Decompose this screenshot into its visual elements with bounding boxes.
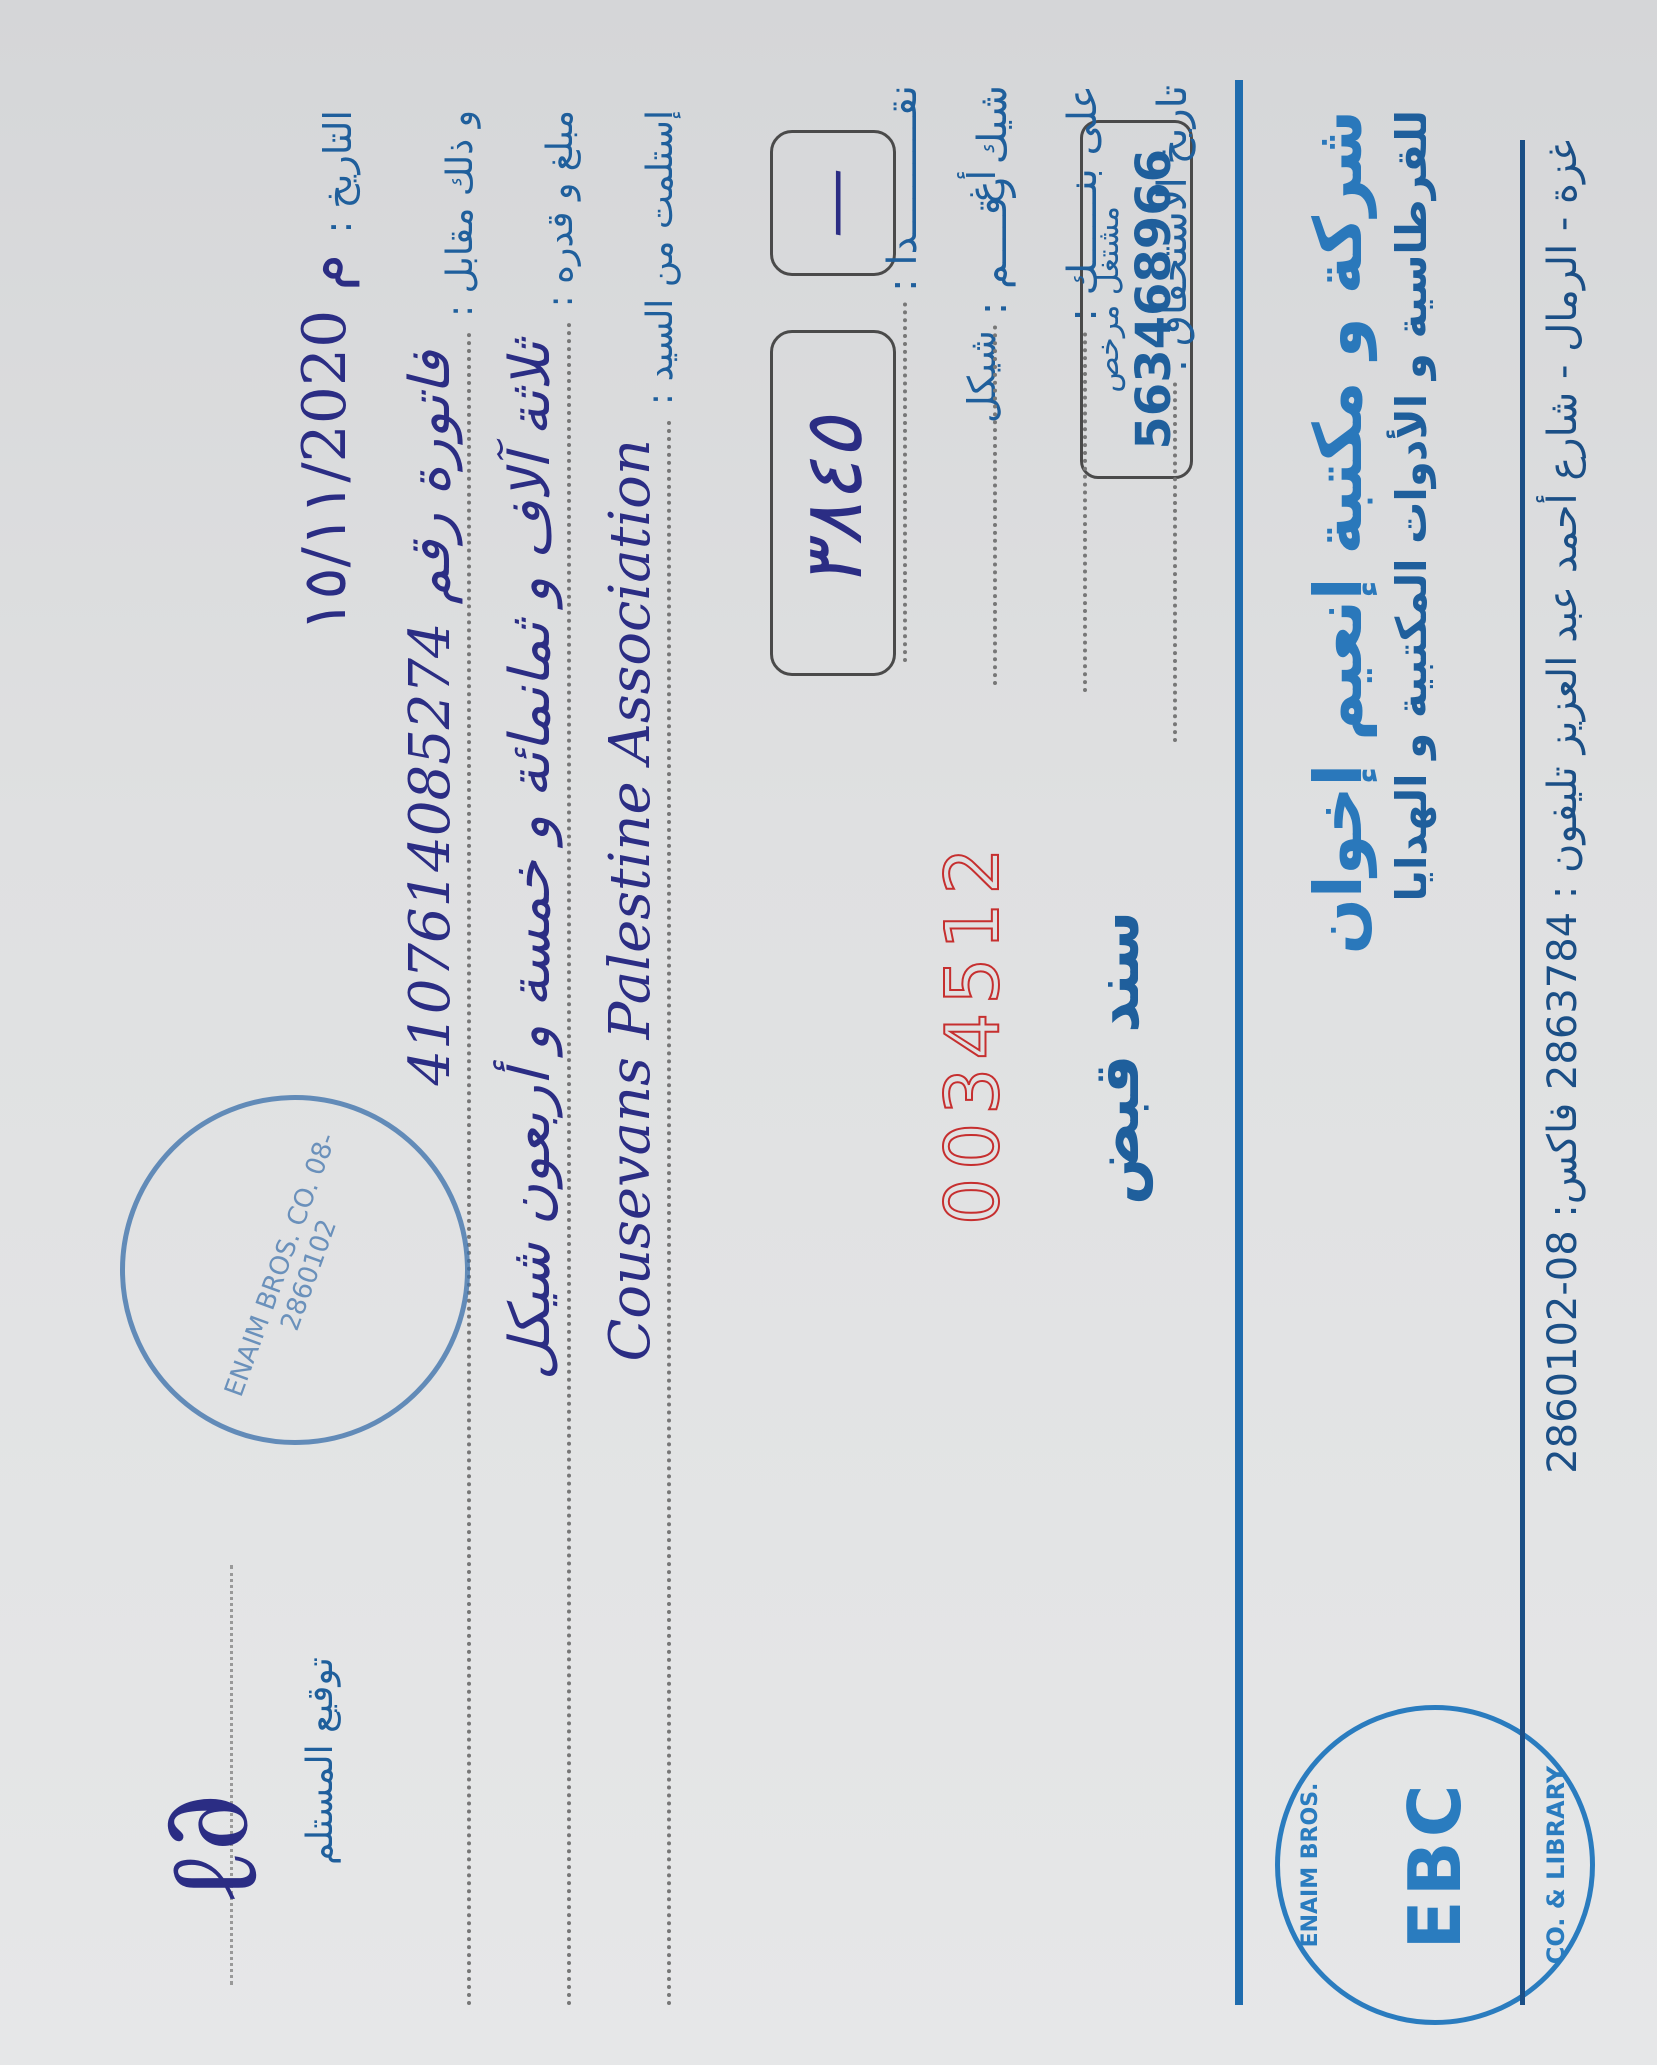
field-due-date-label: تاريخ الاستحقاق : (1150, 85, 1196, 372)
footer-address: غزة - الرمال - شارع أحمد عبد العزيز تليف… (1540, 140, 1586, 1935)
logo-ring-top: ENAIM BROS. (1298, 1710, 1323, 2020)
amount-shekel-value: ٣٨٤٥ (787, 417, 880, 589)
purpose-value: فاتورة رقم 4107614085274 (398, 351, 463, 1086)
date-value: ١٥/١١/2020 م (290, 254, 360, 632)
date-row[interactable]: التاريخ : ١٥/١١/2020 م (290, 110, 360, 632)
field-cheque-label: شيك رقــــم : (970, 85, 1016, 315)
document-title: سند قبض (1080, 911, 1153, 1205)
field-bank[interactable]: على بنــــــك : (1060, 85, 1106, 692)
company-name: شركة و مكتبة إنعيم إخوان (1300, 110, 1377, 954)
amount-words-value: ثلاثة آلاف و ثمانمائة و خمسة و أربعون شي… (498, 341, 563, 1380)
company-header: شركة و مكتبة إنعيم إخوان للقرطاسية و الأ… (1300, 110, 1436, 954)
received-from-label: إستلمت من السيد : (640, 110, 681, 405)
header-divider (1235, 80, 1243, 2005)
date-label: التاريخ : (316, 110, 360, 234)
received-from-value: Cousevans Palestine Association (598, 439, 663, 1361)
amount-words-label: مبلغ و قدره : (540, 110, 581, 307)
amount-words-row[interactable]: مبلغ و قدره : ثلاثة آلاف و ثمانمائة و خم… (540, 110, 581, 2005)
serial-number: 0034512 (930, 839, 1016, 1225)
receipt: ENAIM BROS. EBC CO. & LIBRARY شركة و مكت… (0, 0, 1657, 2065)
purpose-label: و ذلك مقابل : (440, 110, 481, 317)
receiver-signature: ∂ℓ (131, 1782, 287, 1916)
stamp-text: ENAIM BROS. CO. 08-2860102 (209, 1100, 382, 1440)
field-cash-label: نقــــــــــدا : (880, 85, 926, 292)
amount-agora-value: — (792, 168, 874, 238)
field-due-date[interactable]: تاريخ الاستحقاق : (1150, 85, 1196, 742)
purpose-row[interactable]: و ذلك مقابل : فاتورة رقم 4107614085274 (440, 110, 481, 2005)
amount-agora-box[interactable]: — (770, 130, 896, 276)
amount-shekel-box[interactable]: ٣٨٤٥ (770, 330, 896, 676)
footer-divider (1520, 140, 1525, 2005)
company-subtitle: للقرطاسية و الأدوات المكتبية و الهدايا (1387, 110, 1436, 954)
signature-line (230, 1565, 233, 1985)
field-bank-label: على بنــــــك : (1060, 85, 1106, 322)
signature-label: توقيع المستلم (300, 1657, 341, 1865)
field-cheque-number[interactable]: شيك رقــــم : (970, 85, 1016, 685)
logo-mark: EBC (1393, 1781, 1477, 1950)
field-cash[interactable]: نقــــــــــدا : (880, 85, 926, 662)
received-from-row[interactable]: إستلمت من السيد : Cousevans Palestine As… (640, 110, 681, 2005)
